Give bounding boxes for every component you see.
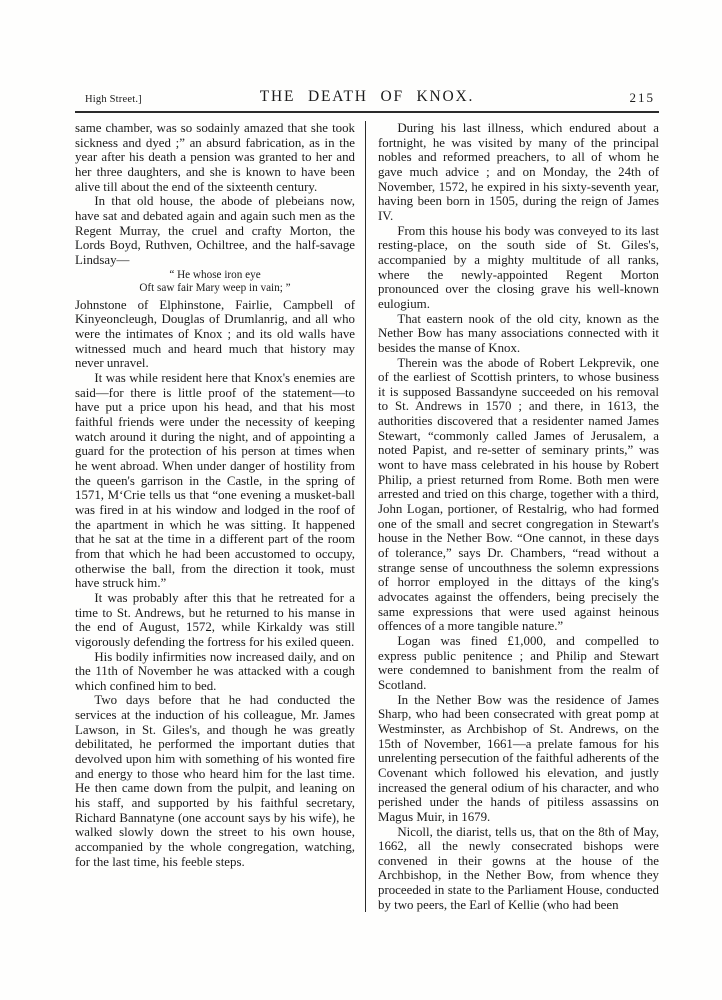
paragraph: During his last illness, which endured a… [378, 121, 659, 224]
paragraph: In that old house, the abode of plebeian… [75, 194, 355, 267]
paragraph: Johnstone of Elphinstone, Fairlie, Campb… [75, 298, 355, 371]
verse-line: “ He whose iron eye [75, 269, 355, 283]
page-header: High Street.] THE DEATH OF KNOX. 215 [75, 86, 659, 106]
paragraph: In the Nether Bow was the residence of J… [378, 693, 659, 825]
paragraph: Nicoll, the diarist, tells us, that on t… [378, 825, 659, 913]
verse-line: Oft saw fair Mary weep in vain; ” [75, 282, 355, 296]
text-columns: same chamber, was so sodainly amazed tha… [75, 121, 659, 912]
verse-quote: “ He whose iron eye Oft saw fair Mary we… [75, 268, 355, 298]
left-column: same chamber, was so sodainly amazed tha… [75, 121, 366, 912]
paragraph: Therein was the abode of Robert Lekprevi… [378, 356, 659, 634]
paragraph: same chamber, was so sodainly amazed tha… [75, 121, 355, 194]
book-page: High Street.] THE DEATH OF KNOX. 215 sam… [0, 0, 722, 1000]
paragraph: His bodily infirmities now increased dai… [75, 650, 355, 694]
paragraph: That eastern nook of the old city, known… [378, 312, 659, 356]
paragraph: Two days before that he had conducted th… [75, 693, 355, 869]
paragraph: Logan was fined £1,000, and compelled to… [378, 634, 659, 693]
paragraph: It was while resident here that Knox's e… [75, 371, 355, 591]
paragraph: It was probably after this that he retre… [75, 591, 355, 650]
running-sidenote: High Street.] [85, 94, 142, 105]
page-title: THE DEATH OF KNOX. [260, 88, 474, 106]
header-rule [75, 111, 659, 113]
paragraph: From this house his body was conveyed to… [378, 224, 659, 312]
page-number: 215 [630, 90, 656, 106]
right-column: During his last illness, which endured a… [366, 121, 659, 912]
